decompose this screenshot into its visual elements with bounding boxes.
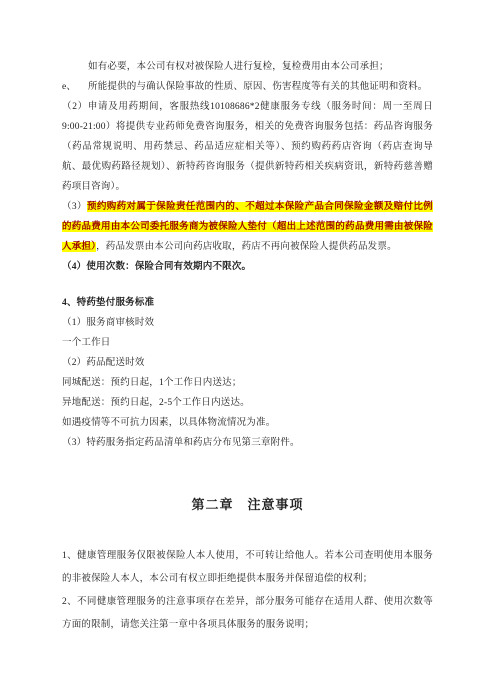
- paragraph-usage-times: （4）使用次数：保险合同有效期内不限次。: [62, 257, 433, 277]
- paragraph-delivery-time-title: （2）药品配送时效: [62, 353, 433, 373]
- text-run: ，药品发票由本公司向药店收取，药店不再向被保险人提供药品发票。: [96, 242, 397, 252]
- text-run: 如有必要，本公司有权对被保险人进行复检，复检费用由本公司承担；: [88, 62, 389, 72]
- text-run: 一个工作日: [62, 338, 111, 348]
- list-item-e: e、所能提供的与确认保险事故的性质、原因、伤害程度等有关的其他证明和资料。: [62, 77, 433, 97]
- text-run: （1）服务商审核时效: [62, 318, 154, 328]
- paragraph-drug-list-appendix: （3）特药服务指定药品清单和药店分布见第三章附件。: [62, 433, 433, 453]
- note-paragraph: 1、健康管理服务仅限被保险人本人使用，不可转让给他人。若本公司查明使用本服务的非…: [62, 545, 433, 591]
- section-heading-special-drug: 4、特药垫付服务标准: [62, 293, 433, 313]
- paragraph-review-time-value: 一个工作日: [62, 333, 433, 353]
- paragraph-same-city-delivery: 同城配送：预约日起，1个工作日内送达；: [62, 373, 433, 393]
- text-run: （3）: [62, 202, 87, 212]
- chapter-heading: 第二章 注意事项: [62, 495, 433, 515]
- note-paragraph: 2、不同健康管理服务的注意事项存在差异，部分服务可能存在适用人群、使用次数等方面…: [62, 591, 433, 637]
- text-run: 所能提供的与确认保险事故的性质、原因、伤害程度等有关的其他证明和资料。: [88, 82, 428, 92]
- document-body: 如有必要，本公司有权对被保险人进行复检，复检费用由本公司承担；e、所能提供的与确…: [62, 57, 433, 453]
- paragraph-force-majeure: 如遇疫情等不可抗力因素，以具体物流情况为准。: [62, 413, 433, 433]
- paragraph-spacer: [62, 277, 433, 293]
- text-run: （2）药品配送时效: [62, 358, 145, 368]
- text-run: 异地配送：预约日起，2-5个工作日内送达。: [62, 398, 250, 408]
- text-run: （4）使用次数：保险合同有效期内不限次。: [62, 262, 251, 272]
- paragraph-remote-delivery: 异地配送：预约日起，2-5个工作日内送达。: [62, 393, 433, 413]
- paragraph-recheck: 如有必要，本公司有权对被保险人进行复检，复检费用由本公司承担；: [62, 57, 433, 77]
- paragraph-review-time-title: （1）服务商审核时效: [62, 313, 433, 333]
- paragraph-advance-payment: （3）预约购药对属于保险责任范围内的、不超过本保险产品合同保险金额及赔付比例的药…: [62, 197, 433, 257]
- document-page: 如有必要，本公司有权对被保险人进行复检，复检费用由本公司承担；e、所能提供的与确…: [0, 0, 495, 700]
- text-run: 同城配送：预约日起，1个工作日内送达；: [62, 378, 242, 388]
- list-marker: e、: [62, 77, 88, 97]
- text-run: 4、特药垫付服务标准: [62, 298, 154, 308]
- text-run: 如遇疫情等不可抗力因素，以具体物流情况为准。: [62, 418, 275, 428]
- text-run: （2）申请及用药期间，客服热线10108686*2健康服务专线（服务时间：周一至…: [62, 102, 433, 192]
- notes-section: 1、健康管理服务仅限被保险人本人使用，不可转让给他人。若本公司查明使用本服务的非…: [62, 545, 433, 637]
- text-run: （3）特药服务指定药品清单和药店分布见第三章附件。: [62, 438, 300, 448]
- paragraph-hotline-service: （2）申请及用药期间，客服热线10108686*2健康服务专线（服务时间：周一至…: [62, 97, 433, 197]
